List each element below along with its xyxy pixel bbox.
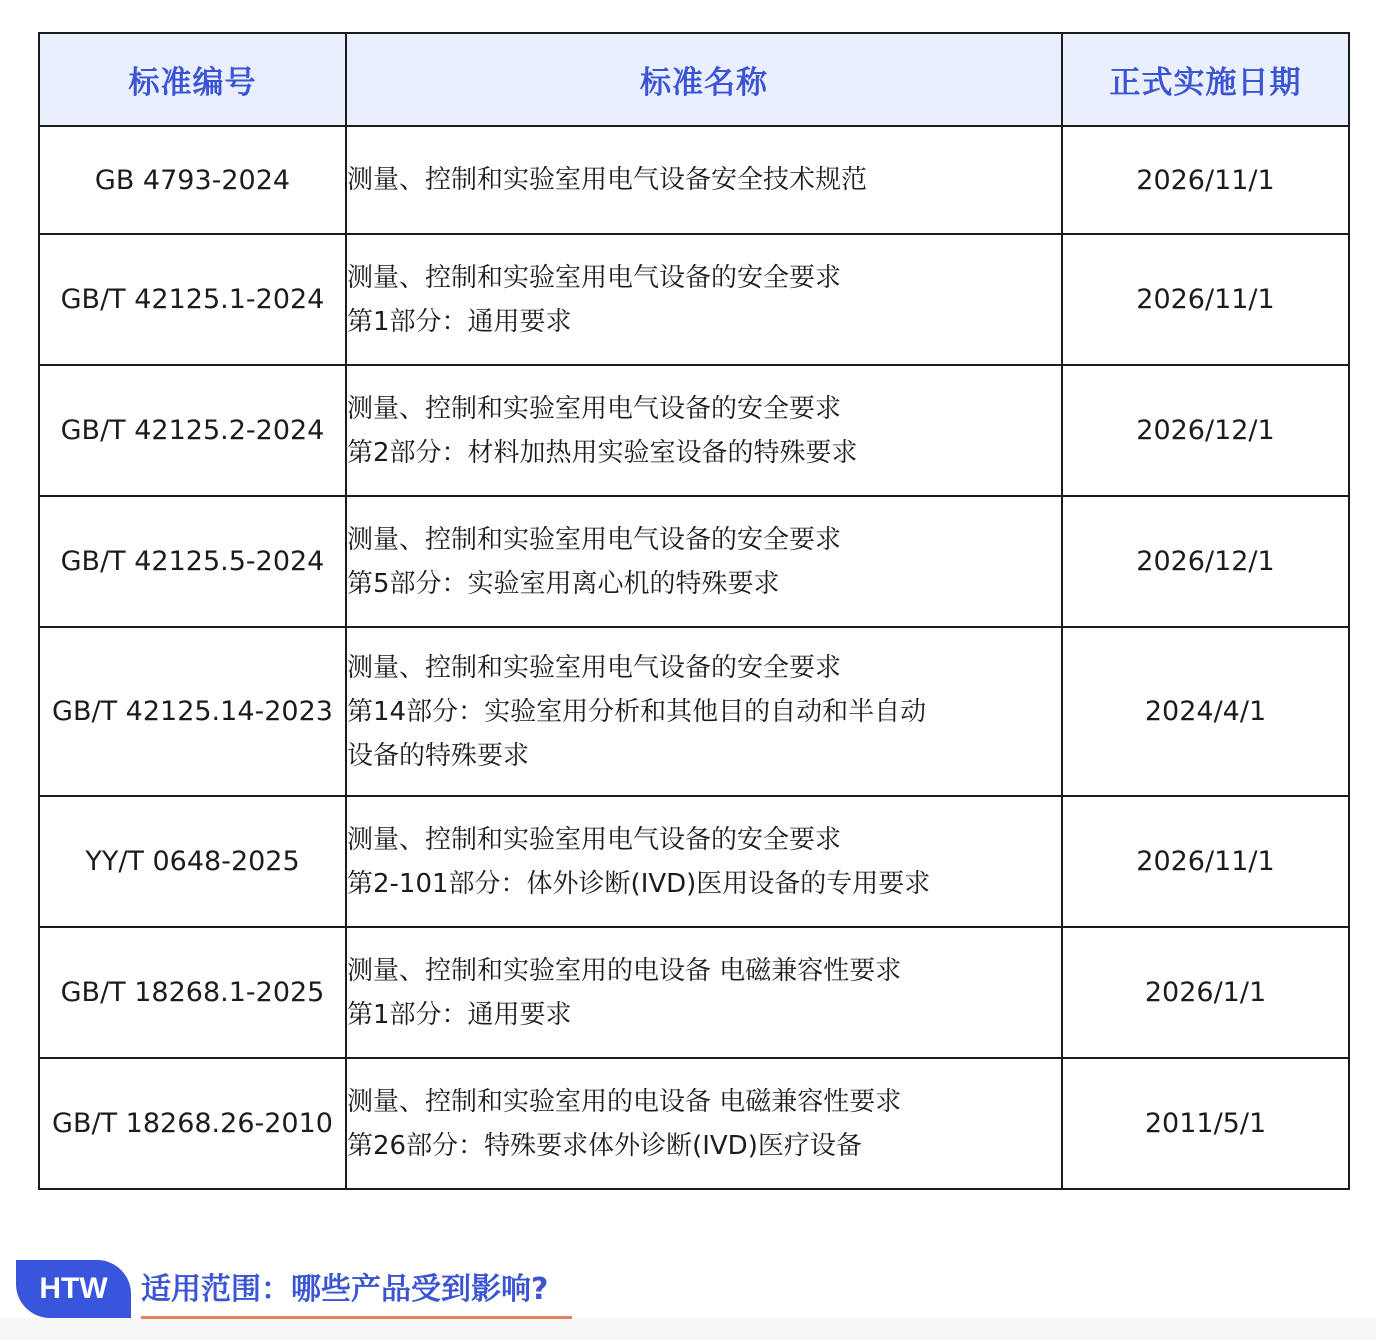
standard-name: 测量、控制和实验室用电气设备的安全要求第5部分：实验室用离心机的特殊要求	[346, 496, 1062, 627]
standard-name-line: 第1部分：通用要求	[347, 300, 1061, 344]
standard-code: GB/T 42125.14-2023	[39, 627, 346, 796]
effective-date: 2024/4/1	[1062, 627, 1349, 796]
standard-code: GB/T 18268.26-2010	[39, 1058, 346, 1189]
bottom-fade	[0, 1318, 1376, 1340]
standard-name: 测量、控制和实验室用电气设备的安全要求第14部分：实验室用分析和其他目的自动和半…	[346, 627, 1062, 796]
standard-code: GB 4793-2024	[39, 126, 346, 234]
standards-table: 标准编号 标准名称 正式实施日期 GB 4793-2024测量、控制和实验室用电…	[38, 32, 1350, 1190]
standard-name-line: 第2部分：材料加热用实验室设备的特殊要求	[347, 431, 1061, 475]
standard-name: 测量、控制和实验室用电气设备安全技术规范	[346, 126, 1062, 234]
table-row: YY/T 0648-2025测量、控制和实验室用电气设备的安全要求第2-101部…	[39, 796, 1349, 927]
standard-name-line: 测量、控制和实验室用电气设备的安全要求	[347, 646, 1061, 690]
standard-name-line: 第5部分：实验室用离心机的特殊要求	[347, 562, 1061, 606]
standard-name-line: 设备的特殊要求	[347, 734, 1061, 778]
effective-date: 2026/11/1	[1062, 126, 1349, 234]
standard-name: 测量、控制和实验室用电气设备的安全要求第2部分：材料加热用实验室设备的特殊要求	[346, 365, 1062, 496]
htw-badge: HTW	[16, 1260, 131, 1318]
standard-code: YY/T 0648-2025	[39, 796, 346, 927]
table-row: GB/T 18268.1-2025测量、控制和实验室用的电设备 电磁兼容性要求第…	[39, 927, 1349, 1058]
table-header-row: 标准编号 标准名称 正式实施日期	[39, 33, 1349, 126]
standard-code: GB/T 18268.1-2025	[39, 927, 346, 1058]
section-title: 适用范围：哪些产品受到影响?	[141, 1270, 572, 1319]
table-row: GB/T 18268.26-2010测量、控制和实验室用的电设备 电磁兼容性要求…	[39, 1058, 1349, 1189]
standard-name-line: 第1部分：通用要求	[347, 993, 1061, 1037]
section-heading: HTW 适用范围：哪些产品受到影响?	[16, 1260, 572, 1318]
standard-name-line: 测量、控制和实验室用的电设备 电磁兼容性要求	[347, 949, 1061, 993]
table-row: GB/T 42125.2-2024测量、控制和实验室用电气设备的安全要求第2部分…	[39, 365, 1349, 496]
standard-code: GB/T 42125.2-2024	[39, 365, 346, 496]
standard-name-line: 测量、控制和实验室用电气设备的安全要求	[347, 818, 1061, 862]
effective-date: 2011/5/1	[1062, 1058, 1349, 1189]
table-row: GB/T 42125.14-2023测量、控制和实验室用电气设备的安全要求第14…	[39, 627, 1349, 796]
effective-date: 2026/1/1	[1062, 927, 1349, 1058]
header-effective-date: 正式实施日期	[1062, 33, 1349, 126]
standard-name-line: 测量、控制和实验室用电气设备的安全要求	[347, 256, 1061, 300]
header-standard-code: 标准编号	[39, 33, 346, 126]
standard-name-line: 第14部分：实验室用分析和其他目的自动和半自动	[347, 690, 1061, 734]
standard-name-line: 第2-101部分：体外诊断(IVD)医用设备的专用要求	[347, 862, 1061, 906]
standard-name: 测量、控制和实验室用电气设备的安全要求第1部分：通用要求	[346, 234, 1062, 365]
standard-name-line: 测量、控制和实验室用电气设备的安全要求	[347, 387, 1061, 431]
standard-name-line: 测量、控制和实验室用电气设备安全技术规范	[347, 158, 1061, 202]
effective-date: 2026/11/1	[1062, 234, 1349, 365]
table-row: GB/T 42125.1-2024测量、控制和实验室用电气设备的安全要求第1部分…	[39, 234, 1349, 365]
table-row: GB/T 42125.5-2024测量、控制和实验室用电气设备的安全要求第5部分…	[39, 496, 1349, 627]
standard-name-line: 第26部分：特殊要求体外诊断(IVD)医疗设备	[347, 1124, 1061, 1168]
header-standard-name: 标准名称	[346, 33, 1062, 126]
table-row: GB 4793-2024测量、控制和实验室用电气设备安全技术规范2026/11/…	[39, 126, 1349, 234]
standard-name: 测量、控制和实验室用电气设备的安全要求第2-101部分：体外诊断(IVD)医用设…	[346, 796, 1062, 927]
standard-name: 测量、控制和实验室用的电设备 电磁兼容性要求第1部分：通用要求	[346, 927, 1062, 1058]
standard-name-line: 测量、控制和实验室用的电设备 电磁兼容性要求	[347, 1080, 1061, 1124]
effective-date: 2026/11/1	[1062, 796, 1349, 927]
effective-date: 2026/12/1	[1062, 365, 1349, 496]
standard-code: GB/T 42125.1-2024	[39, 234, 346, 365]
standard-code: GB/T 42125.5-2024	[39, 496, 346, 627]
standard-name-line: 测量、控制和实验室用电气设备的安全要求	[347, 518, 1061, 562]
effective-date: 2026/12/1	[1062, 496, 1349, 627]
standard-name: 测量、控制和实验室用的电设备 电磁兼容性要求第26部分：特殊要求体外诊断(IVD…	[346, 1058, 1062, 1189]
